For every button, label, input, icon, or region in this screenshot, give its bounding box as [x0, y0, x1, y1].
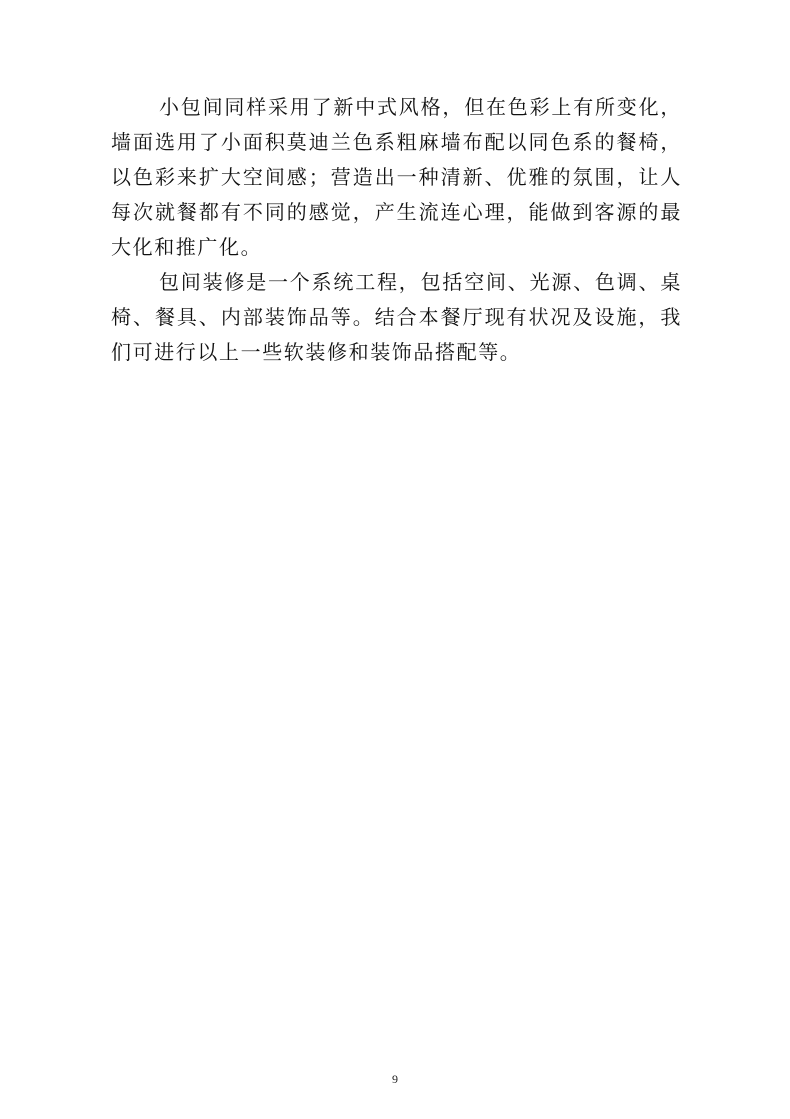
paragraph-private-room-renovation: 包间装修是一个系统工程，包括空间、光源、色调、桌椅、餐具、内部装饰品等。结合本餐… [111, 265, 682, 370]
body-text: 小包间同样采用了新中式风格，但在色彩上有所变化，墙面选用了小面积莫迪兰色系粗麻墙… [111, 90, 682, 370]
page-number: 9 [0, 1072, 790, 1087]
paragraph-small-private-room: 小包间同样采用了新中式风格，但在色彩上有所变化，墙面选用了小面积莫迪兰色系粗麻墙… [111, 90, 682, 265]
document-page: 小包间同样采用了新中式风格，但在色彩上有所变化，墙面选用了小面积莫迪兰色系粗麻墙… [0, 0, 790, 1119]
